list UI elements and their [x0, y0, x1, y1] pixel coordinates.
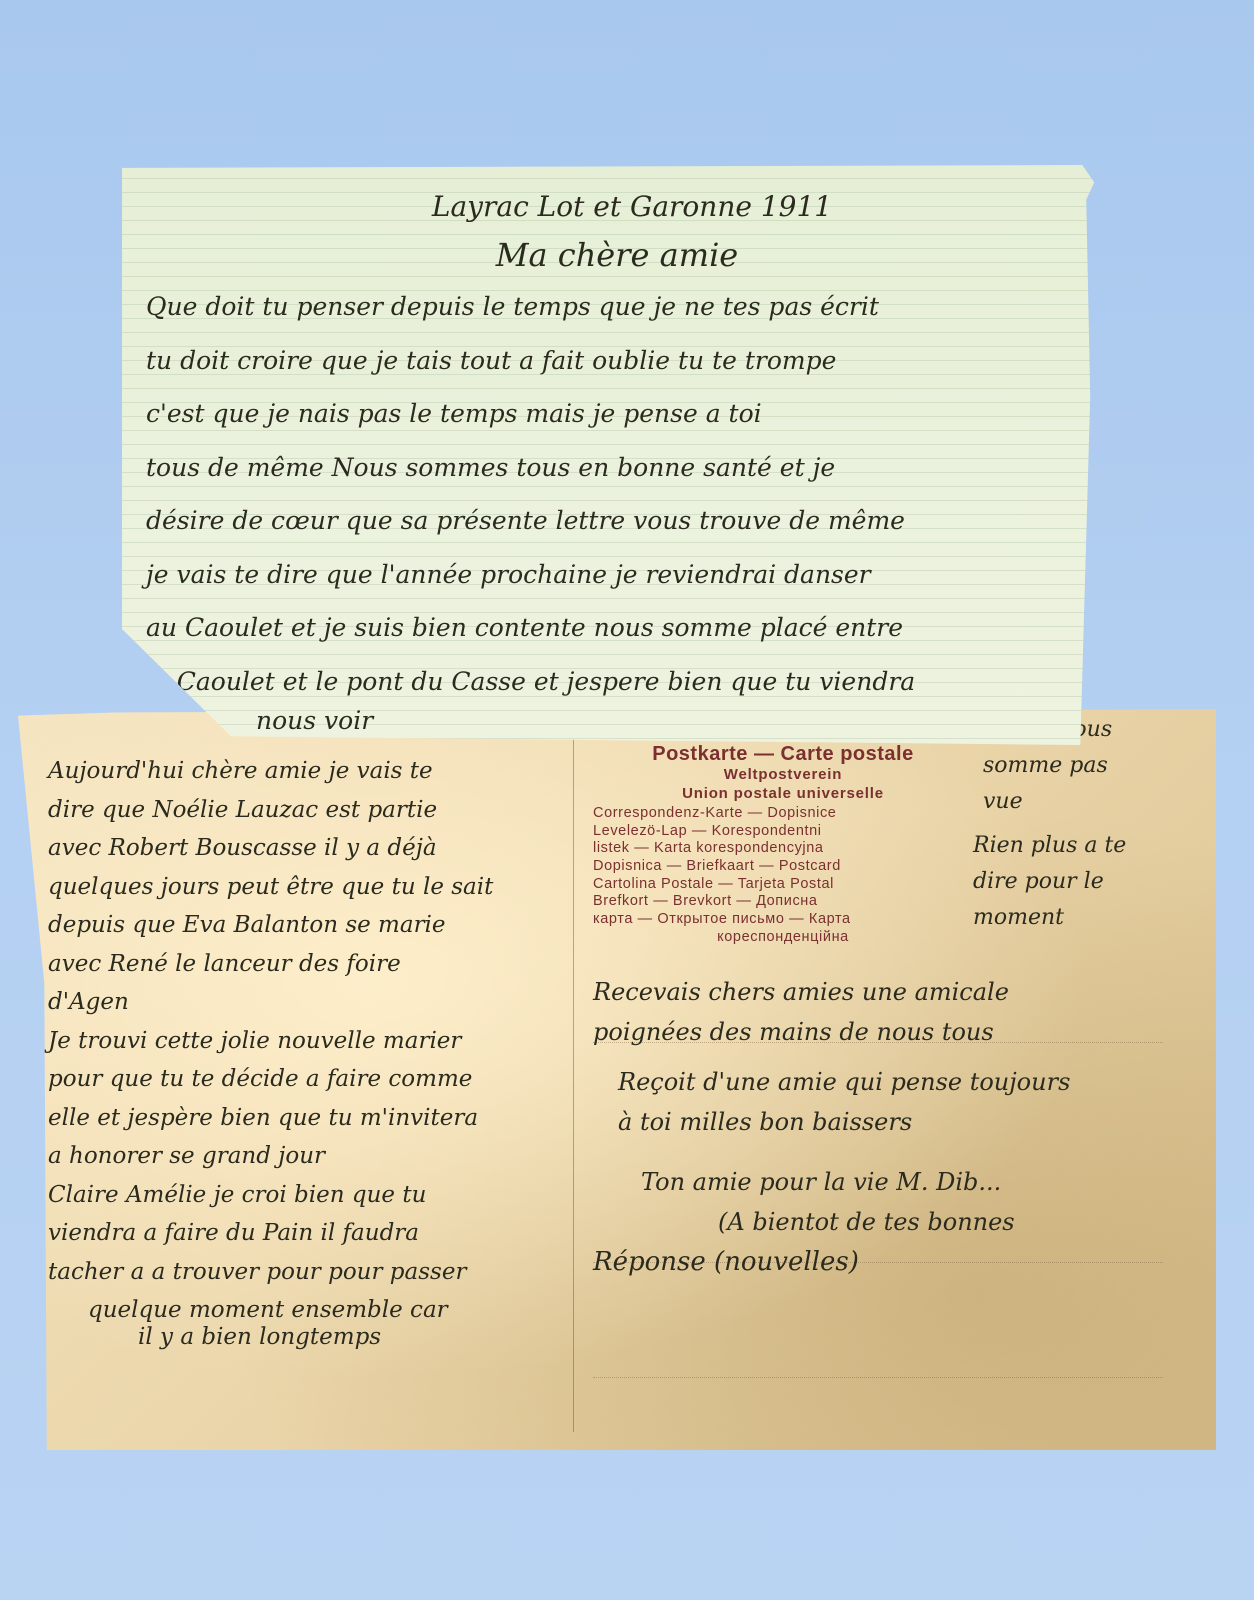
signature-line: Ton amie pour la vie M. Dib... [593, 1162, 1193, 1202]
postcard-back: Postkarte — Carte postale Weltpostverein… [18, 672, 1216, 1450]
handwritten-line: tous de même Nous sommes tous en bonne s… [146, 441, 1096, 495]
handwritten-line: a honorer se grand jour [48, 1137, 568, 1176]
handwritten-line: (A bientot de tes bonnes [593, 1202, 1193, 1242]
letter-heading: Layrac Lot et Garonne 1911 Ma chère amie [122, 183, 1112, 279]
handwritten-line: dire pour le [963, 864, 1203, 900]
handwritten-line: Je trouvi cette jolie nouvelle marier [48, 1022, 568, 1061]
handwritten-line: au Caoulet et je suis bien contente nous… [146, 601, 1096, 655]
postcard-subtitle-fr: Union postale universelle [593, 785, 973, 803]
handwritten-line: quelques jours peut être que tu le sait [48, 868, 568, 907]
postcard-right-handwriting: Recevais chers amies une amicale poignée… [593, 972, 1193, 1282]
handwritten-line: poignées des mains de nous tous [593, 1012, 1193, 1052]
handwritten-line: Reçoit d'une amie qui pense toujours [593, 1062, 1193, 1102]
handwritten-line: Claire Amélie je croi bien que tu [48, 1176, 568, 1215]
handwritten-line: tu doit croire que je tais tout a fait o… [146, 334, 1096, 388]
postcard-language-list: Correspondenz-Karte — Dopisnice Levelezö… [593, 805, 973, 947]
handwritten-line: Aujourd'hui chère amie je vais te [48, 752, 568, 791]
handwritten-line: avec Robert Bouscasse il y a déjà [48, 829, 568, 868]
handwritten-line: Recevais chers amies une amicale [593, 972, 1193, 1012]
language-line: кореспонденційна [593, 929, 973, 947]
handwritten-line: vue [963, 784, 1203, 820]
postcard-divider-line [573, 732, 574, 1432]
handwritten-line: somme pas [963, 748, 1203, 784]
postcard-left-handwriting: Aujourd'hui chère amie je vais te dire q… [48, 752, 568, 1356]
handwritten-letter: Layrac Lot et Garonne 1911 Ma chère amie… [122, 165, 1112, 745]
postcard-title: Postkarte — Carte postale [593, 742, 973, 766]
letter-place-date: Layrac Lot et Garonne 1911 [122, 183, 1112, 231]
postcard-side-handwriting: que ... nous somme pas vue Rien plus a t… [963, 712, 1203, 936]
handwritten-line: à toi milles bon baissers [593, 1102, 1193, 1142]
language-line: Levelezö-Lap — Korespondentni [593, 823, 973, 841]
letter-body: Que doit tu penser depuis le temps que j… [146, 280, 1096, 748]
handwritten-line: tacher a a trouver pour pour passer [48, 1253, 568, 1292]
handwritten-line: dire que Noélie Lauzac est partie [48, 791, 568, 830]
handwritten-line: elle et jespère bien que tu m'invitera [48, 1099, 568, 1138]
postcard-printed-header: Postkarte — Carte postale Weltpostverein… [593, 742, 973, 946]
language-line: Brefkort — Brevkort — Дописна [593, 893, 973, 911]
handwritten-line: Rien plus a te [963, 828, 1203, 864]
language-line: карта — Открытое письмо — Карта [593, 911, 973, 929]
language-line: Dopisnica — Briefkaart — Postcard [593, 858, 973, 876]
handwritten-line: désire de cœur que sa présente lettre vo… [146, 494, 1096, 548]
language-line: listek — Karta korespondencyjna [593, 840, 973, 858]
handwritten-line: pour que tu te décide a faire comme [48, 1060, 568, 1099]
handwritten-line: c'est que je nais pas le temps mais je p… [146, 387, 1096, 441]
handwritten-line: moment [963, 900, 1203, 936]
handwritten-line: Que doit tu penser depuis le temps que j… [146, 280, 1096, 334]
address-dotted-line [593, 1377, 1163, 1378]
language-line: Correspondenz-Karte — Dopisnice [593, 805, 973, 823]
handwritten-line: viendra a faire du Pain il faudra [48, 1214, 568, 1253]
handwritten-line: je vais te dire que l'année prochaine je… [146, 548, 1096, 602]
handwritten-line: d'Agen [48, 983, 568, 1022]
postcard-subtitle-de: Weltpostverein [593, 766, 973, 784]
letter-salutation: Ma chère amie [122, 231, 1112, 279]
language-line: Cartolina Postale — Tarjeta Postal [593, 876, 973, 894]
handwritten-line: Réponse (nouvelles) [593, 1242, 1193, 1282]
handwritten-line: depuis que Eva Balanton se marie [48, 906, 568, 945]
handwritten-line: avec René le lanceur des foire [48, 945, 568, 984]
